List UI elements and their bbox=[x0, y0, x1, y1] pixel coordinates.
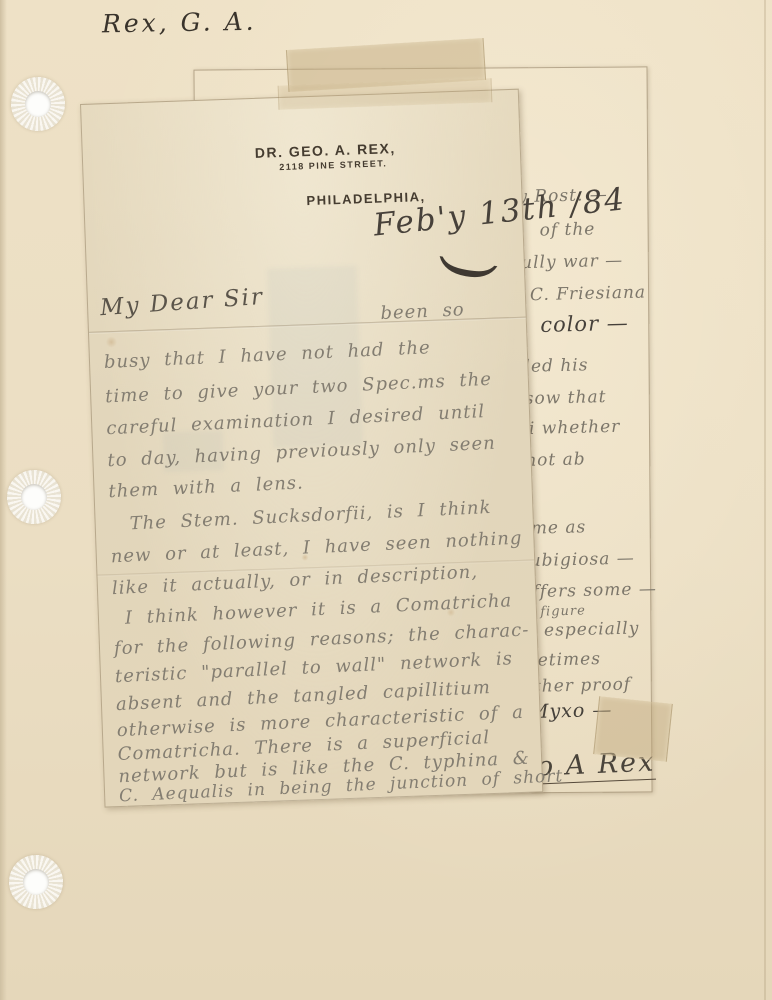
letter-sheet: DR. GEO. A. REX, 2118 PINE STREET. PHILA… bbox=[80, 89, 543, 808]
fragment-text: hi whether bbox=[517, 417, 621, 440]
letterhead-street: 2118 PINE STREET. bbox=[279, 158, 387, 172]
album-page-gutter bbox=[0, 0, 7, 1000]
body-line: busy that I have not had the bbox=[104, 337, 432, 373]
album-page-right-crease bbox=[764, 0, 766, 1000]
fragment-text: C. Friesiana bbox=[530, 282, 646, 305]
fragment-text: + especially bbox=[522, 618, 639, 641]
punch-hole-middle bbox=[7, 470, 61, 524]
punch-hole-top bbox=[11, 77, 65, 131]
fragment-text: sow that bbox=[525, 387, 607, 409]
album-page: Rex, G. A. y Rost. — of the fully war — … bbox=[0, 0, 772, 1000]
punch-hole-bottom bbox=[9, 855, 63, 909]
pen-flourish: ( bbox=[427, 250, 504, 287]
body-line: been so bbox=[380, 299, 465, 324]
page-label: Rex, G. A. bbox=[102, 7, 257, 39]
tape-strip-right bbox=[593, 696, 673, 761]
fragment-text: color — bbox=[540, 311, 629, 337]
fragment-text: led his bbox=[524, 355, 588, 377]
fragment-text: figure bbox=[540, 603, 586, 619]
greeting: My Dear Sir bbox=[99, 284, 264, 321]
fragment-text: not ab bbox=[525, 449, 586, 470]
body-line: them with a lens. bbox=[108, 472, 304, 502]
fragment-text: fully war — bbox=[514, 251, 624, 274]
body-line: The Stem. Sucksdorfii, is I think bbox=[129, 497, 492, 534]
